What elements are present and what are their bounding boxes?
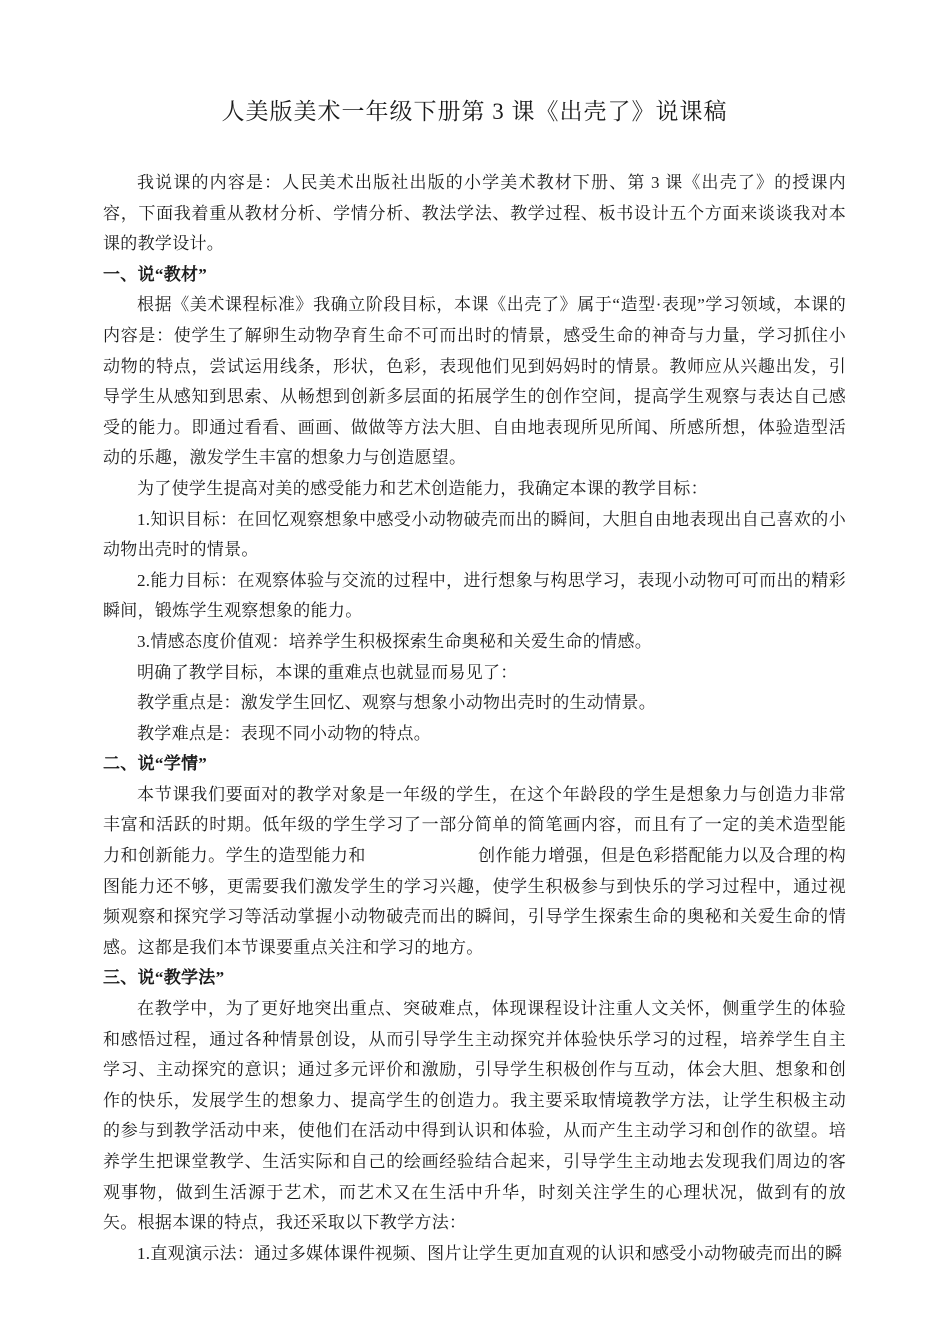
paragraph-teaching-methods: 在教学中，为了更好地突出重点、突破难点，体现课程设计注重人文关怀，侧重学生的体验… <box>103 994 846 1239</box>
paragraph-teaching-focus: 教学重点是：激发学生回忆、观察与想象小动物出壳时的生动情景。 <box>103 688 846 719</box>
paragraph-material-analysis: 根据《美术课程标准》我确立阶段目标，本课《出壳了》属于“造型·表现”学习领域，本… <box>103 290 846 474</box>
section-heading-teaching-material: 一、说“教材” <box>103 260 846 291</box>
paragraph-ability-goal: 2.能力目标：在观察体验与交流的过程中，进行想象与构思学习，表现小动物可可而出的… <box>103 566 846 627</box>
paragraph-knowledge-goal: 1.知识目标：在回忆观察想象中感受小动物破壳而出的瞬间，大胆自由地表现出自己喜欢… <box>103 505 846 566</box>
document-page: 人美版美术一年级下册第 3 课《出壳了》说课稿 我说课的内容是：人民美术出版社出… <box>0 0 950 1344</box>
section-heading-teaching-methods: 三、说“教学法” <box>103 963 846 994</box>
paragraph-key-points-intro: 明确了教学目标，本课的重难点也就显而易见了： <box>103 658 846 689</box>
paragraph-teaching-difficulty: 教学难点是：表现不同小动物的特点。 <box>103 719 846 750</box>
intro-paragraph: 我说课的内容是：人民美术出版社出版的小学美术教材下册、第 3 课《出壳了》的授课… <box>103 168 846 260</box>
document-title: 人美版美术一年级下册第 3 课《出壳了》说课稿 <box>103 94 846 130</box>
paragraph-teaching-goals-intro: 为了使学生提高对美的感受能力和艺术创造能力，我确定本课的教学目标： <box>103 474 846 505</box>
paragraph-demonstration-method-truncated: 1.直观演示法：通过多媒体课件视频、图片让学生更加直观的认识和感受小动物破壳而出… <box>103 1239 846 1270</box>
paragraph-learner-analysis: 本节课我们要面对的教学对象是一年级的学生，在这个年龄段的学生是想象力与创造力非常… <box>103 780 846 964</box>
blank-gap <box>366 860 478 861</box>
section-heading-learner-analysis: 二、说“学情” <box>103 749 846 780</box>
paragraph-emotion-goal: 3.情感态度价值观：培养学生积极探索生命奥秘和关爱生命的情感。 <box>103 627 846 658</box>
